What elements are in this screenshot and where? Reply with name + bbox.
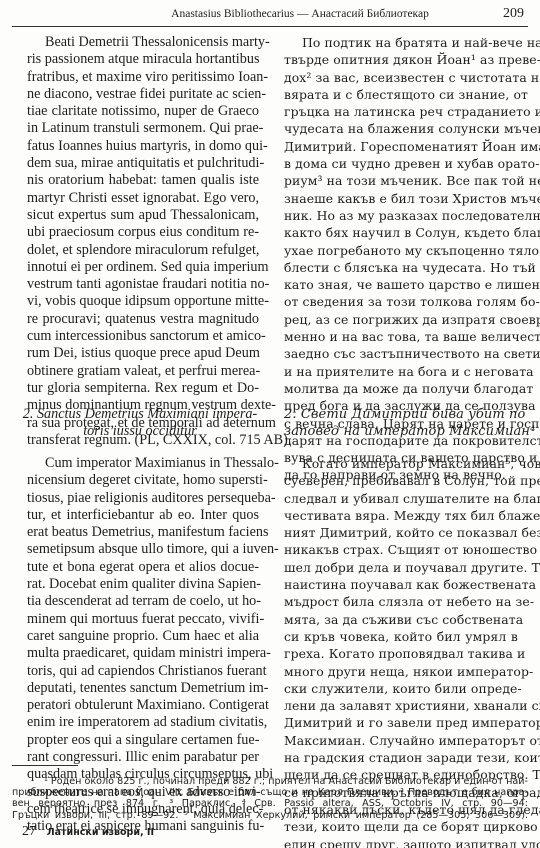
text-line: tiae claritate notissimo, nuper de Graec…	[27, 103, 259, 120]
text-line: sicut expertus sum apud Thessalonicam,	[27, 207, 259, 224]
text-line: твърде опитния дякон Йоан¹ аз преве-	[284, 51, 518, 68]
text-line: следвал и убивал слушателите на благо-	[284, 490, 518, 507]
text-line: deputati, tenentes sanctum Demetrium im-	[27, 680, 259, 697]
text-line: на градския стадион заради тези, които	[284, 749, 518, 766]
text-line: ният Димитрий, който се показвал без	[284, 524, 518, 541]
text-line: ски служители, които били опреде-	[284, 680, 518, 697]
text-line: си кръв човека, който бил умрял в	[284, 628, 518, 645]
text-line: in Latinum transtuli sermonem. Qui prae-	[27, 120, 259, 137]
text-line: vi, vobis quoque idipsum opportune mitte…	[27, 293, 259, 310]
text-line: erat beatus Demetrius, manifestum facien…	[27, 524, 259, 541]
text-line: tiosus, piae religionis auditores perseq…	[27, 490, 259, 507]
text-line: dem sua, mirae antiquitatis et pulchritu…	[27, 155, 259, 172]
text-line: от сведения за този толкова голям бо-	[284, 293, 518, 310]
text-line: ubi praeciosum corpus eius conditum re-	[27, 224, 259, 241]
page-footer: 27 Латински извори, II	[22, 824, 154, 840]
footnote-line: приближените на папа Йоан VIII. Близък е…	[12, 787, 528, 798]
text-line: Beati Demetrii Thessalonicensis marty-	[27, 34, 259, 51]
text-line: тези, които щели да се борят цирково	[284, 818, 518, 835]
text-line: martyr Christi esset ignorabat. Ego vero…	[27, 190, 259, 207]
heading-line: 2. Sanctus Demetrius Maximiani impera-	[15, 406, 265, 423]
text-line: менно и на вас това, та ваше величество	[284, 328, 518, 345]
text-line: ухае погребаното му скъпоценно тяло и	[284, 242, 518, 259]
page-number: 209	[503, 6, 524, 22]
text-line: и на приятелите на бога и с неговата	[284, 363, 518, 380]
text-line: в дома си чудно древен и хубав орато-	[284, 155, 518, 172]
text-line: enim ire imperatorem ad stadium civitati…	[27, 714, 259, 731]
text-line: рец, аз се погрижих да изпратя своевре-	[284, 311, 518, 328]
text-line: вярата и с блестящото си знание, от	[284, 86, 518, 103]
text-line: Когато император Максимиан⁵, човек	[284, 455, 518, 472]
running-title: Anastasius Bibliothecarius — Анастасий Б…	[12, 8, 528, 20]
text-line: знаеше какъв е бил този Христов мъче-	[284, 190, 518, 207]
text-line: innotui ei per ordinem. Sed quia imperiu…	[27, 259, 259, 276]
text-line: obtinere gratiam valeat, et perfrui mere…	[27, 363, 259, 380]
text-line: мята, за да съживи със собствената	[284, 611, 518, 628]
text-line: nis oratorium habebat: tamen qualis iste	[27, 172, 259, 189]
latin-section-heading: 2. Sanctus Demetrius Maximiani impera- t…	[15, 406, 265, 441]
text-line: гръцка на латинска реч страданието и	[284, 103, 518, 120]
heading-line: toris iussu occiditur	[15, 423, 265, 440]
text-line: суеверен, пребивавал в Солун, той пре-	[284, 472, 518, 489]
text-line: Максимиан. Случайно императорът отивал	[284, 732, 518, 749]
text-line: дох² за вас, всеизвестен с чистотата на	[284, 69, 518, 86]
text-line: както бях научил в Солун, където благо-	[284, 224, 518, 241]
text-line: ris passionem atque miracula hortantibus	[27, 51, 259, 68]
text-line: наистина поучавал как божествената	[284, 576, 518, 593]
text-line: никакъв страх. Същият от юношество вър-	[284, 541, 518, 558]
text-line: ne diacono, vestrae fidei puritate ac sc…	[27, 86, 259, 103]
text-line: rum Dei, istius quoque prece apud Deum	[27, 345, 259, 362]
page-header: Anastasius Bibliothecarius — Анастасий Б…	[12, 4, 528, 27]
text-line: cum intercessionibus sanctorum et amico-	[27, 328, 259, 345]
text-line: Cum imperator Maximianus in Thessalo-	[27, 455, 259, 472]
text-line: Димитрий и го завели пред император	[284, 714, 518, 731]
footnote-line: вен вероятно през 874 г. ³ Параклис. ⁴ С…	[12, 798, 528, 809]
text-line: fratribus, et maxime viro peritissimo Io…	[27, 69, 259, 86]
text-line: честивата вяра. Между тях бил блаже-	[284, 507, 518, 524]
text-line: молитва да може да получи благодат	[284, 380, 518, 397]
text-line: multa praedicaret, quidam ministri imper…	[27, 645, 259, 662]
text-line: tia descenderat ad terram de coelo, ut h…	[27, 593, 259, 610]
heading-line: заповед на император Максимиан⁴	[284, 423, 518, 440]
text-line: peratori obtulerunt Maximiano. Contigera…	[27, 697, 259, 714]
text-line: caret sanguine proprio. Cum haec et alia	[27, 628, 259, 645]
footnote-line: ¹ Роден около 825 г., починал преди 882 …	[12, 776, 528, 787]
text-line: semetipsum absque ullo timore, qui a iuv…	[27, 541, 259, 558]
text-line: fatus Ioannes huius martyris, in domo qu…	[27, 138, 259, 155]
text-line: блести с блясъка на чудесата. Но тъй	[284, 259, 518, 276]
text-line: toris, qui ad capiendos Christianos fuer…	[27, 663, 259, 680]
text-line: лени да залавят християни, хванали свети	[284, 697, 518, 714]
source-title: Латински извори, II	[47, 827, 154, 838]
heading-line: 2. Свети Димитрий бива убит по	[284, 406, 518, 423]
text-line: rat. Docebat enim qualiter divina Sapien…	[27, 576, 259, 593]
text-line: tur, et interficiebantur ab eo. Inter qu…	[27, 507, 259, 524]
footnote-separator	[12, 765, 78, 766]
text-line: tute et bona egerat opera et alios docue…	[27, 559, 259, 576]
text-line: много други неща, някои император-	[284, 663, 518, 680]
text-line: tur gloria sempiterna. Rex regum et Do-	[27, 380, 259, 397]
text-line: чудесата на блажения солунски мъченик	[284, 120, 518, 137]
text-line: minem qui mortuus fuerat peccato, vivifi…	[27, 611, 259, 628]
text-line: един срещу друг, защото изпитвал удо-	[284, 836, 518, 848]
text-line: мъдрост била слязла от небето на зе-	[284, 593, 518, 610]
text-line: заедно със застъпничеството на светиите	[284, 345, 518, 362]
footnote-line: Гръцки извори, III, стр. 89—92. ⁵ Максим…	[12, 810, 528, 821]
text-line: шел добри дела и поучавал другите. Той	[284, 559, 518, 576]
text-line: като зная, че вашето царство е лишено	[284, 276, 518, 293]
text-line: греха. Когато проповядвал такива и	[284, 645, 518, 662]
text-line: ник. Но аз му разказах последователно,	[284, 207, 518, 224]
text-line: rant congressuri. Illic enim parabatur p…	[27, 749, 259, 766]
text-line: По подтик на братята и най-вече на	[284, 34, 518, 51]
text-line: dolet, et splendore miraculorum refulget…	[27, 242, 259, 259]
latin-intro-paragraph: Beati Demetrii Thessalonicensis marty- r…	[27, 34, 259, 449]
signature-number: 27	[22, 824, 36, 839]
text-line: риум³ на този мъченик. Все пак той не	[284, 172, 518, 189]
text-line: propter eos qui a singulare certamen fue…	[27, 732, 259, 749]
footnotes: ¹ Роден около 825 г., починал преди 882 …	[12, 776, 528, 821]
text-line: nicensium degeret civitate, homo superst…	[27, 472, 259, 489]
text-line: re procuravi; quatenus vestra magnitudo	[27, 311, 259, 328]
text-line: Димитрий. Гореспоменатият Йоан имаше	[284, 138, 518, 155]
text-line: vestrum tanti agonistae fraudari notitia…	[27, 276, 259, 293]
bulgarian-section-heading: 2. Свети Димитрий бива убит по заповед н…	[284, 406, 518, 441]
